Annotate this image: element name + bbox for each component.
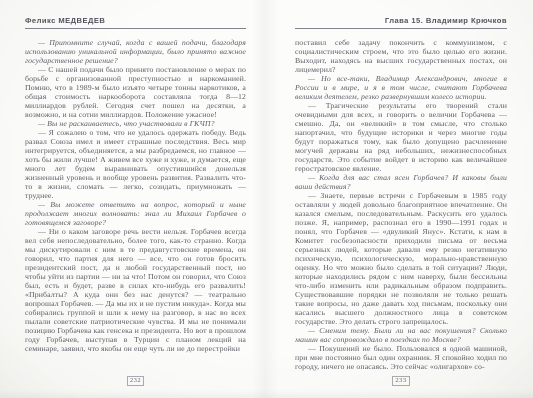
book-photo: Феликс МЕДВЕДЕВ — Припомните случай, ког… <box>0 0 533 398</box>
left-page: Феликс МЕДВЕДЕВ — Припомните случай, ког… <box>25 0 246 398</box>
paragraph-continuation: поставил себе задачу покончить с коммуни… <box>295 38 507 74</box>
page-gutter-shadow <box>252 0 278 398</box>
paragraph-question: — Сменим тему. Были ли на вас покушения?… <box>295 326 507 344</box>
header-rule-right <box>295 28 507 29</box>
paragraph-answer: — Знаете, первые встречи с Горбачевым в … <box>295 191 507 326</box>
paragraph-question: — Вы можете ответить на вопрос, который … <box>25 200 246 227</box>
left-page-text: — Припомните случай, когда с вашей подач… <box>25 38 246 353</box>
running-header-author: Феликс МЕДВЕДЕВ <box>25 0 246 26</box>
page-number-value: 232 <box>127 376 144 386</box>
right-page-text: поставил себе задачу покончить с коммуни… <box>295 38 507 371</box>
page-number-value: 233 <box>392 376 409 386</box>
paragraph-answer: — Трагические результаты его творений ст… <box>295 101 507 173</box>
paragraph-answer: — Покушений не было. Пользовался я одной… <box>295 344 507 371</box>
paragraph-question: — Припомните случай, когда с вашей подач… <box>25 38 246 65</box>
header-rule-left <box>25 28 246 29</box>
paragraph-answer: — С нашей подачи было принято постановле… <box>25 65 246 119</box>
running-header-chapter: Глава 15. Владимир Крючков <box>295 0 507 26</box>
page-number-right: 233 <box>295 369 507 387</box>
paragraph-answer: — Ни о каком заговоре речь вести нельзя.… <box>25 227 246 353</box>
right-page: Глава 15. Владимир Крючков поставил себе… <box>295 0 507 398</box>
paragraph-question: — Но все-таки, Владимир Александрович, м… <box>295 74 507 101</box>
page-number-left: 232 <box>25 369 246 387</box>
paragraph-answer: — Я сожалею о том, что не удалось одержа… <box>25 128 246 200</box>
paragraph-question: — Когда для вас стал ясен Горбачев? И ка… <box>295 173 507 191</box>
paragraph-question: — Вы не раскаиваетесь, что участвовали в… <box>25 119 246 128</box>
